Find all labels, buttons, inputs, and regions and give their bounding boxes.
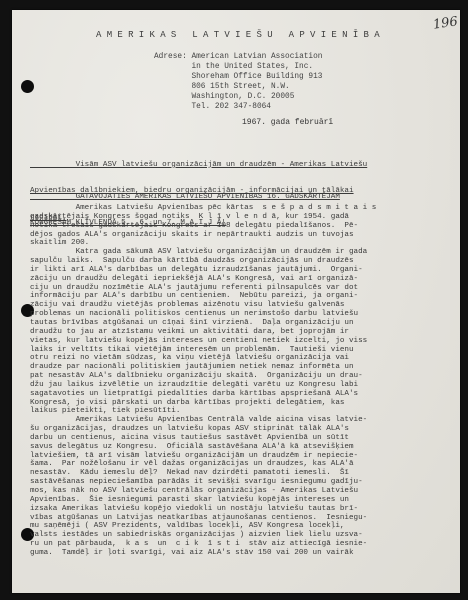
body-line: sastāvēšanas nepieciešamība parādās it s… bbox=[30, 478, 440, 487]
body-line: guma. Tamdēļ ir ļoti svarīgi, vai aiz AL… bbox=[30, 549, 440, 558]
body-line: skaitlim 200. bbox=[30, 239, 440, 248]
body-line: Kongresā, jo visi pārskati un darba kārt… bbox=[30, 399, 440, 408]
letterhead-address: Adrese: American Latvian Association in … bbox=[154, 52, 322, 112]
body-line: vības atgūšanas un Latvijas neatkarības … bbox=[30, 514, 440, 523]
letter-date: 1967. gada februārī bbox=[242, 118, 333, 127]
letterhead-title: AMERIKAS LATVIEŠU APVIENĪBA bbox=[96, 30, 385, 40]
body-line: mos, kas nāk no ASV latviešu centrālās o… bbox=[30, 487, 440, 496]
body-line: savus delegātus uz Kongresu. Oficiālā sa… bbox=[30, 443, 440, 452]
body-line: laikus pieteikti, tiek piesūtīti. bbox=[30, 407, 440, 416]
address-line: Shoreham Office Building 913 bbox=[191, 73, 322, 81]
headline-line: GATAVOJATIES AMERIKAS LATVIEŠU APVIENĪBA… bbox=[30, 193, 340, 202]
body-line: šama. Par nožēlošanu ir vēl dažas organi… bbox=[30, 460, 440, 469]
address-line: in the United States, Inc. bbox=[191, 63, 313, 71]
body-line: pat nesastāv ALA's dalībnieku organizāci… bbox=[30, 372, 440, 381]
punch-hole bbox=[21, 80, 34, 93]
body-line: informāciju par ALA's darbību un centien… bbox=[30, 292, 440, 301]
body-line: ciju un draudžu nozīmētie ALA's jautājum… bbox=[30, 284, 440, 293]
body-line: izsaka Amerikas latviešu kopējo viedokli… bbox=[30, 505, 440, 514]
address-line: Tel. 202 347-8064 bbox=[191, 103, 271, 111]
body-line: tautas brīvības atgūšanai un cīņai šinī … bbox=[30, 319, 440, 328]
body-line: problemas un nacionāli politiskos centie… bbox=[30, 310, 440, 319]
body-line: otru reizi no vietām sūdzas, ka viņu vie… bbox=[30, 354, 440, 363]
body-line: sagatavoties un lietpratīgi piedalīties … bbox=[30, 390, 440, 399]
body-line: sapulču laiks. Sapulču darba kārtībā dau… bbox=[30, 257, 440, 266]
body-line: mu saņēmēji ( ASV Prezidents, valdības l… bbox=[30, 522, 440, 531]
body-line: latviešiem, tā arī visām latviešu organi… bbox=[30, 452, 440, 461]
body-line: zāciju un draudžu delegāti iepriekšējā A… bbox=[30, 275, 440, 284]
address-line: 806 15th Street, N.W. bbox=[191, 83, 289, 91]
body-line: Amerikas Latviešu Apvienības pēc kārtas … bbox=[30, 204, 440, 213]
body-line: notika trešais gadskārtējais Kongress ar… bbox=[30, 222, 440, 231]
body-line: šu organizācijas, draudzes un latviešu k… bbox=[30, 425, 440, 434]
body-line: draudze par nacionāli politiskiem jautāj… bbox=[30, 363, 440, 372]
body-line: laiks ir veltīts tikai vietējām interesē… bbox=[30, 346, 440, 355]
body-line: zāciju vai draudžu vietējās problemas ai… bbox=[30, 301, 440, 310]
address-label: Adrese: bbox=[154, 53, 187, 61]
address-line: American Latvian Association bbox=[191, 53, 322, 61]
body-line: draudžu to jau ar atzīstamu veikmi un ak… bbox=[30, 328, 440, 337]
body-line: dējos gados ALA's organizāciju skaits ir… bbox=[30, 231, 440, 240]
address-line: Washington, D.C. 20005 bbox=[191, 93, 294, 101]
letter-body: Amerikas Latviešu Apvienības pēc kārtas … bbox=[30, 204, 440, 558]
body-line: džu jau laikus izvēlētie un izraudzītie … bbox=[30, 381, 440, 390]
body-line: valsts iestādes un sabiedriskās organizā… bbox=[30, 531, 440, 540]
body-line: nesastāv. Kādu iemeslu dēļ? Nekad nav dz… bbox=[30, 469, 440, 478]
addressee-line: Visām ASV latviešu organizācijām un drau… bbox=[30, 161, 367, 170]
body-line: ru un pat pārbauda, k a s un c i k ī s t… bbox=[30, 540, 440, 549]
body-line: Katra gada sākumā ASV latviešu organizāc… bbox=[30, 248, 440, 257]
body-line: darbu un centienus, aicina visus tautieš… bbox=[30, 434, 440, 443]
body-line: vietas, kur latviešu kopējās intereses u… bbox=[30, 337, 440, 346]
body-line: gadskārtējais Kongress šogad notiks K l … bbox=[30, 213, 440, 222]
body-line: Amerikas Latviešu Apvienības Centrālā va… bbox=[30, 416, 440, 425]
body-line: ir likti arī ALA's darbības un delegātu … bbox=[30, 266, 440, 275]
body-line: Apvienības. Šie iesniegumi parasti skar … bbox=[30, 496, 440, 505]
